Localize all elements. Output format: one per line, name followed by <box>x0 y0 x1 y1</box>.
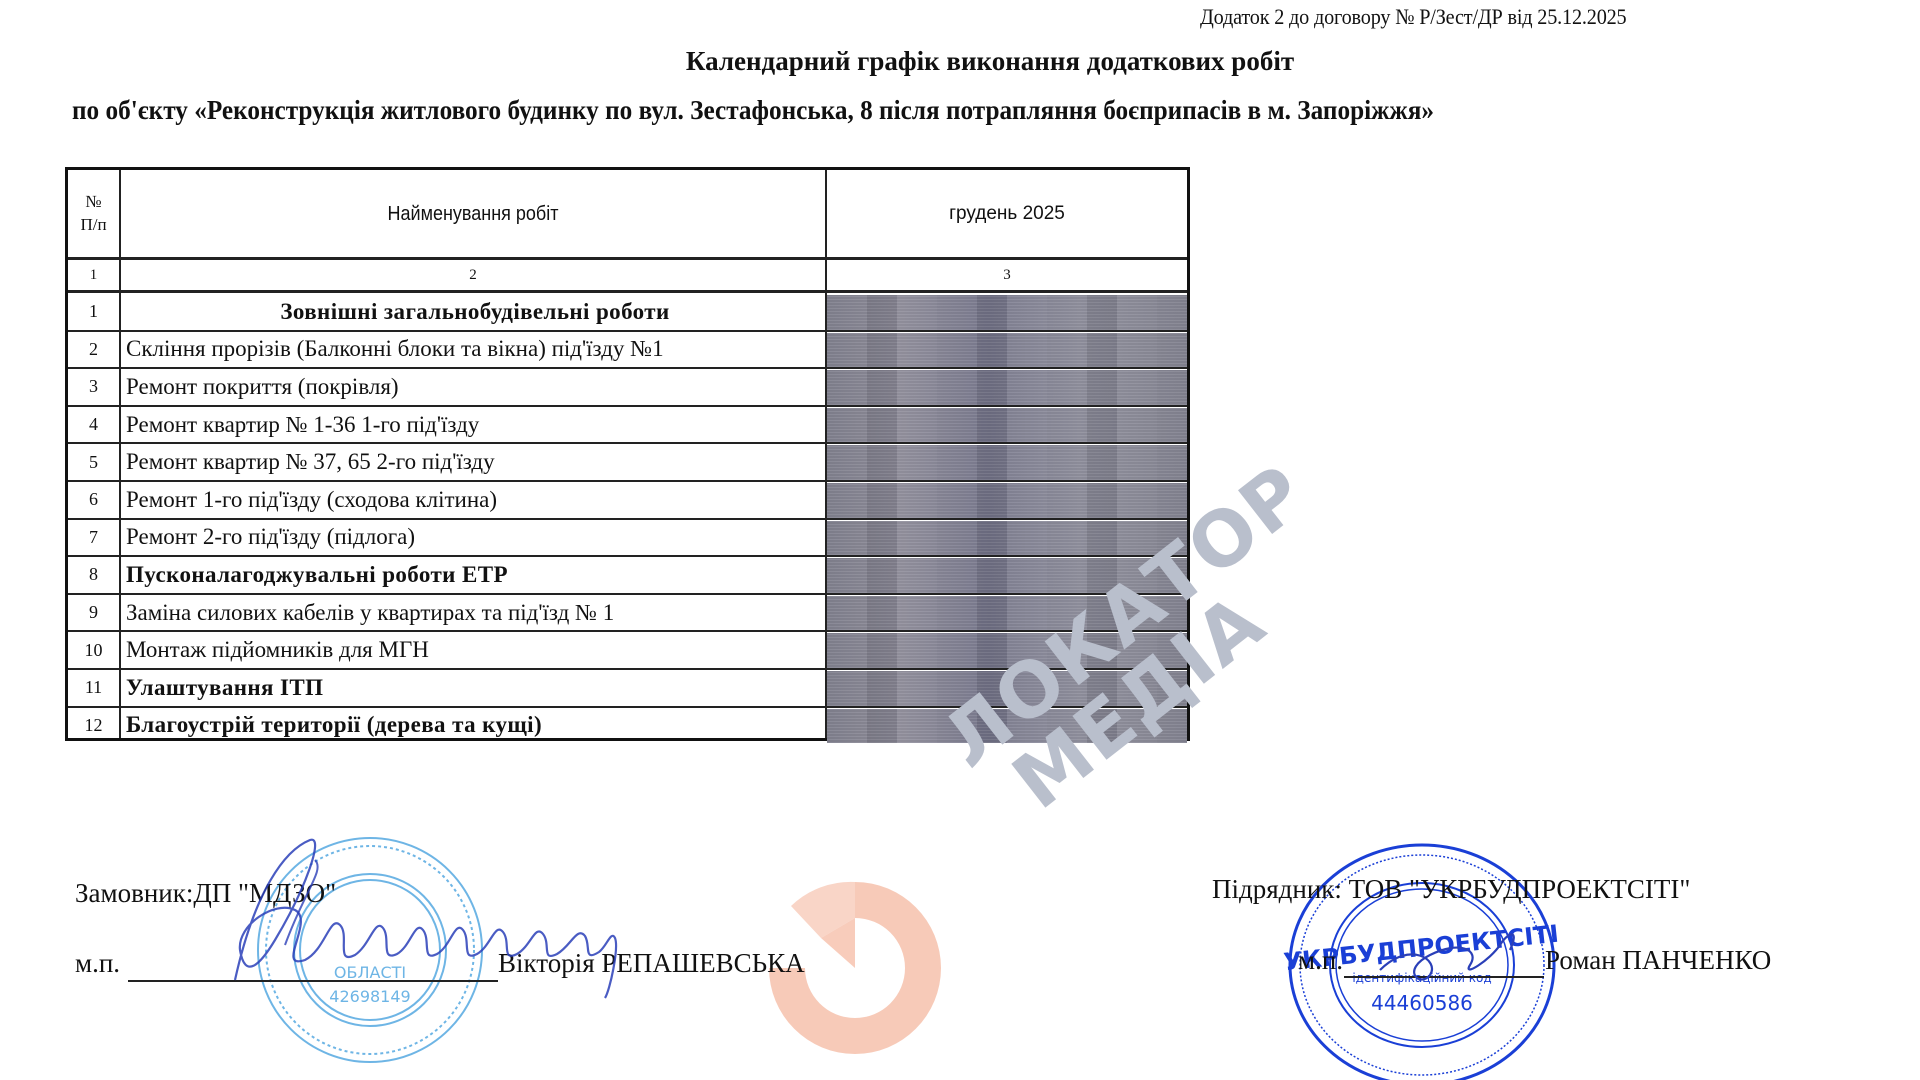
column-divider-2 <box>825 170 827 738</box>
row-number: 6 <box>68 481 119 519</box>
table-row: 3Ремонт покриття (покрівля) <box>68 368 1187 406</box>
row-number: 12 <box>68 707 119 745</box>
contractor-signature-icon <box>1370 920 1530 990</box>
table-row: 1Зовнішні загальнобудівельні роботи <box>68 293 1187 331</box>
table-row: 6Ремонт 1-го під'їзду (сходова клітина) <box>68 481 1187 519</box>
contractor-stamp-prefix: м.п. <box>1298 945 1343 976</box>
row-divider <box>68 630 1187 632</box>
column-header-number-line2: П/п <box>80 214 106 237</box>
row-divider <box>68 367 1187 369</box>
row-number: 3 <box>68 368 119 406</box>
schedule-bar-december-2025 <box>827 333 1187 368</box>
table-row: 2Скління прорізів (Балконні блоки та вік… <box>68 331 1187 369</box>
schedule-bar-december-2025 <box>827 633 1187 668</box>
row-divider <box>68 442 1187 444</box>
column-index-3: 3 <box>827 260 1187 290</box>
row-number: 7 <box>68 519 119 557</box>
table-row: 5Ремонт квартир № 37, 65 2-го під'їзду <box>68 443 1187 481</box>
row-work-name: Монтаж підйомників для МГН <box>122 631 824 669</box>
customer-stamp-prefix: м.п. <box>75 948 120 979</box>
table-row: 4Ремонт квартир № 1-36 1-го під'їзду <box>68 406 1187 444</box>
row-work-name: Заміна силових кабелів у квартирах та пі… <box>122 594 824 632</box>
row-number: 5 <box>68 443 119 481</box>
header-divider <box>68 257 1187 260</box>
schedule-bar-december-2025 <box>827 521 1187 556</box>
row-number: 4 <box>68 406 119 444</box>
document-title: Календарний графік виконання додаткових … <box>0 46 1920 77</box>
row-work-name: Улаштування ІТП <box>122 669 824 707</box>
row-work-name: Ремонт квартир № 37, 65 2-го під'їзду <box>122 443 824 481</box>
row-divider <box>68 555 1187 557</box>
row-number: 2 <box>68 331 119 369</box>
schedule-bar-december-2025 <box>827 370 1187 405</box>
row-divider <box>68 405 1187 407</box>
row-work-name: Ремонт квартир № 1-36 1-го під'їзду <box>122 406 824 444</box>
row-number: 8 <box>68 556 119 594</box>
column-header-number: № П/п <box>68 170 119 258</box>
document-subtitle: по об'єкту «Реконструкція житлового буди… <box>72 95 1434 126</box>
table-row: 10Монтаж підйомників для МГН <box>68 631 1187 669</box>
row-work-name: Скління прорізів (Балконні блоки та вікн… <box>122 331 824 369</box>
row-work-name: Пусконалагоджувальні роботи ЕТР <box>122 556 824 594</box>
schedule-bar-december-2025 <box>827 295 1187 330</box>
row-number: 11 <box>68 669 119 707</box>
schedule-bar-december-2025 <box>827 408 1187 443</box>
row-divider <box>68 668 1187 670</box>
row-divider <box>68 330 1187 332</box>
column-header-work-name: Найменування робіт <box>156 170 790 258</box>
table-row: 8Пусконалагоджувальні роботи ЕТР <box>68 556 1187 594</box>
row-work-name: Благоустрій території (дерева та кущі) <box>122 707 824 745</box>
column-header-number-line1: № <box>85 191 101 214</box>
row-number: 9 <box>68 594 119 632</box>
row-divider <box>68 706 1187 708</box>
schedule-bar-december-2025 <box>827 445 1187 480</box>
index-row-divider <box>68 290 1187 293</box>
contractor-signatory: Роман ПАНЧЕНКО <box>1545 945 1771 976</box>
table-row: 7Ремонт 2-го під'їзду (підлога) <box>68 519 1187 557</box>
table-row: 9Заміна силових кабелів у квартирах та п… <box>68 594 1187 632</box>
customer-signature-icon <box>215 830 685 1000</box>
row-work-name: Ремонт 2-го під'їзду (підлога) <box>122 519 824 557</box>
column-divider-1 <box>119 170 121 738</box>
schedule-table: № П/п Найменування робіт грудень 2025 1 … <box>65 167 1190 741</box>
row-divider <box>68 593 1187 595</box>
table-row: 11Улаштування ІТП <box>68 669 1187 707</box>
schedule-bar-december-2025 <box>827 483 1187 518</box>
svg-text:44460586: 44460586 <box>1371 991 1473 1015</box>
column-index-1: 1 <box>68 260 119 290</box>
row-number: 1 <box>68 293 119 331</box>
row-divider <box>68 480 1187 482</box>
table-row: 12Благоустрій території (дерева та кущі) <box>68 707 1187 745</box>
schedule-bar-december-2025 <box>827 709 1187 744</box>
column-index-2: 2 <box>121 260 825 290</box>
schedule-bar-december-2025 <box>827 671 1187 706</box>
row-work-name: Ремонт покриття (покрівля) <box>122 368 824 406</box>
schedule-bar-december-2025 <box>827 596 1187 631</box>
contractor-label: Підрядник: ТОВ "УКРБУДПРОЕКТСІТІ" <box>1212 874 1690 905</box>
row-number: 10 <box>68 631 119 669</box>
column-header-month: грудень 2025 <box>827 170 1187 258</box>
appendix-reference: Додаток 2 до договору № Р/Зест/ДР від 25… <box>1200 4 1715 30</box>
row-work-name: Зовнішні загальнобудівельні роботи <box>122 293 824 331</box>
schedule-bar-december-2025 <box>827 558 1187 593</box>
row-work-name: Ремонт 1-го під'їзду (сходова клітина) <box>122 481 824 519</box>
row-divider <box>68 518 1187 520</box>
